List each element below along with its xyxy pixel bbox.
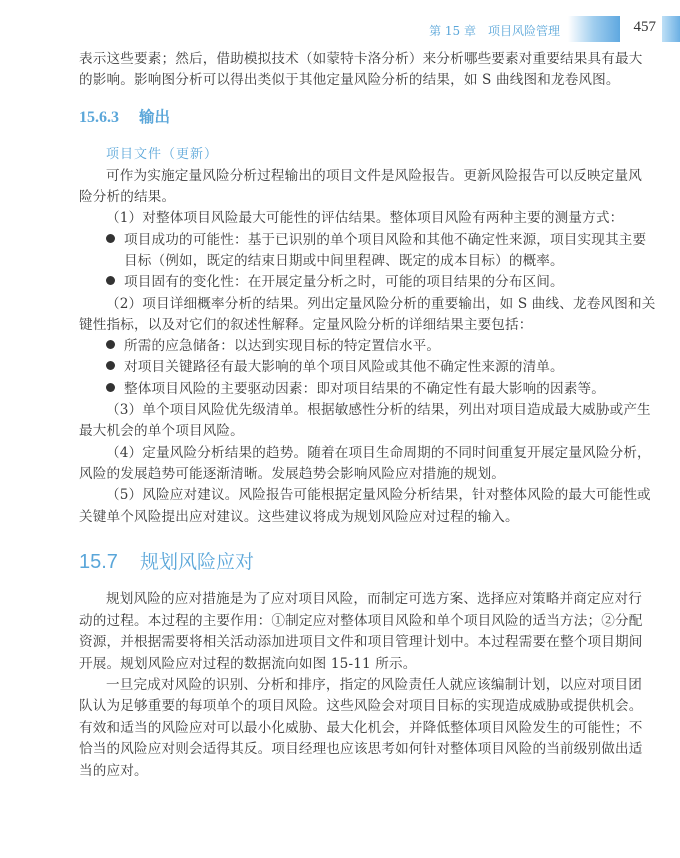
- section-title: 规划风险应对: [140, 551, 254, 573]
- paragraph-line: 最大机会的单个项目风险。: [79, 421, 244, 442]
- running-header: 第 15 章 项目风险管理 457: [380, 14, 680, 44]
- header-gradient-decoration: [568, 16, 620, 42]
- paragraph-line: 一旦完成对风险的识别、分析和排序，指定的风险责任人就应该编制计划，以应对项目团: [106, 675, 642, 696]
- paragraph-line: 规划风险的应对措施是为了应对项目风险，而制定可选方案、选择应对策略并商定应对行: [106, 589, 642, 610]
- bullet-item: 项目成功的可能性：基于已识别的单个项目风险和其他不确定性来源，项目实现其主要: [106, 230, 646, 251]
- paragraph-line: 恰当的风险应对则会适得其反。项目经理也应该思考如何针对整体项目风险的当前级别做出…: [79, 739, 643, 760]
- bullet-item: 对项目关键路径有最大影响的单个项目风险或其他不确定性来源的清单。: [106, 357, 564, 378]
- paragraph-line: 关键单个风险提出应对建议。这些建议将成为规划风险应对过程的输入。: [79, 507, 519, 528]
- paragraph-line: 队认为足够重要的每项单个的项目风险。这些风险会对项目目标的实现造成威胁或提供机会…: [79, 696, 643, 717]
- paragraph-line: 可作为实施定量风险分析过程输出的项目文件是风险报告。更新风险报告可以反映定量风: [106, 166, 642, 187]
- section-heading-15-6-3: 15.6.3输出: [79, 105, 170, 127]
- bullet-icon: [106, 383, 115, 392]
- bullet-icon: [106, 234, 115, 243]
- bullet-item: 所需的应急储备：以达到实现目标的特定置信水平。: [106, 336, 440, 357]
- bullet-icon: [106, 361, 115, 370]
- section-number: 15.6.3: [79, 109, 119, 126]
- paragraph-line: 当的应对。: [79, 761, 148, 782]
- chapter-title: 第 15 章 项目风险管理: [429, 22, 560, 39]
- subheading-project-documents: 项目文件（更新）: [106, 143, 218, 162]
- header-tab-decoration: [662, 16, 680, 42]
- bullet-icon: [106, 340, 115, 349]
- section-number: 15.7: [79, 551, 118, 573]
- paragraph-line: 表示这些要素；然后，借助模拟技术（如蒙特卡洛分析）来分析哪些要素对重要结果具有最…: [79, 49, 643, 70]
- numbered-item-5: （5）风险应对建议。风险报告可能根据定量风险分析结果，针对整体风险的最大可能性或: [106, 485, 651, 506]
- page-number: 457: [634, 19, 657, 36]
- numbered-item-2: （2）项目详细概率分析的结果。列出定量风险分析的重要输出，如 S 曲线、龙卷风图…: [106, 294, 655, 315]
- paragraph-line: 动的过程。本过程的主要作用：①制定应对整体项目风险和单个项目风险的适当方法；②分…: [79, 611, 643, 632]
- numbered-item-4: （4）定量风险分析结果的趋势。随着在项目生命周期的不同时间重复开展定量风险分析，: [106, 443, 651, 464]
- paragraph-line: 险分析的结果。: [79, 187, 175, 208]
- paragraph-line: 的影响。影响图分析可以得出类似于其他定量风险分析的结果，如 S 曲线图和龙卷风图…: [79, 70, 620, 91]
- bullet-item: 项目固有的变化性：在开展定量分析之时，可能的项目结果的分布区间。: [106, 272, 564, 293]
- paragraph-line: 开展。规划风险应对过程的数据流向如图 15-11 所示。: [79, 654, 417, 675]
- paragraph-line: 有效和适当的风险应对可以最小化威胁、最大化机会，并降低整体项目风险发生的可能性；…: [79, 718, 643, 739]
- paragraph-line: 风险的发展趋势可能逐渐清晰。发展趋势会影响风险应对措施的规划。: [79, 464, 505, 485]
- bullet-continuation: 目标（例如，既定的结束日期或中间里程碑、既定的成本目标）的概率。: [124, 251, 564, 272]
- paragraph-line: 资源，并根据需要将相关活动添加进项目文件和项目管理计划中。本过程需要在整个项目期…: [79, 632, 643, 653]
- paragraph-line: 键性指标，以及对它们的叙述性解释。定量风险分析的详细结果主要包括：: [79, 315, 533, 336]
- section-heading-15-7: 15.7规划风险应对: [79, 547, 254, 574]
- bullet-icon: [106, 276, 115, 285]
- numbered-item-3: （3）单个项目风险优先级清单。根据敏感性分析的结果，列出对项目造成最大威胁或产生: [106, 400, 651, 421]
- bullet-item: 整体项目风险的主要驱动因素：即对项目结果的不确定性有最大影响的因素等。: [106, 379, 605, 400]
- section-title: 输出: [139, 107, 170, 126]
- numbered-item-1: （1）对整体项目风险最大可能性的评估结果。整体项目风险有两种主要的测量方式：: [106, 208, 623, 229]
